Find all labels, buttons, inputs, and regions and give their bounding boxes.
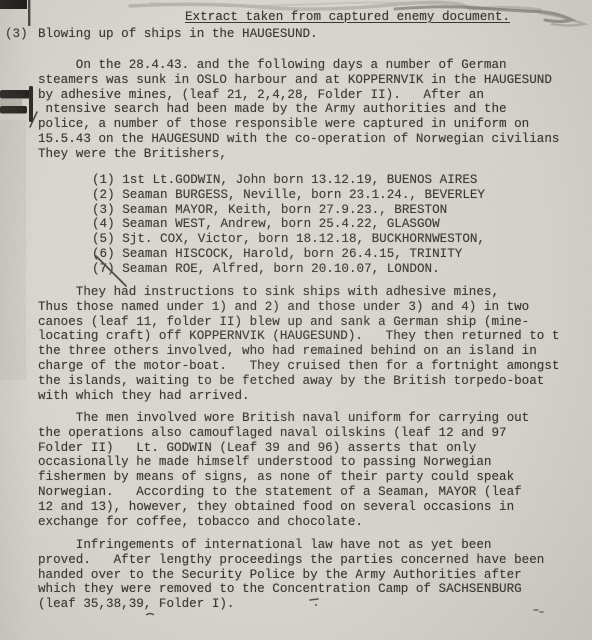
text-line: with which they had arrived.: [38, 389, 559, 404]
text-line: handed over to the Security Police by th…: [38, 568, 544, 583]
list-item: (5) Sjt. COX, Victor, born 18.12.18, BUC…: [92, 232, 485, 247]
text-line: proved. After lengthy proceedings the pa…: [38, 553, 544, 568]
list-item: (4) Seaman WEST, Andrew, born 25.4.22, G…: [92, 217, 485, 232]
paragraph-4: Infringements of international law have …: [38, 538, 544, 612]
pen-slash-mark: [30, 112, 37, 127]
text-line: (leaf 35,38,39, Folder I).: [38, 597, 544, 612]
text-line: The men involved wore British naval unif…: [38, 411, 529, 426]
binder-clip-mark: [0, 86, 33, 122]
text-line: the three others involved, who had remai…: [38, 344, 559, 359]
list-item: (3) Seaman MAYOR, Keith, born 27.9.23., …: [92, 203, 485, 218]
list-item: (7) Seaman ROE, Alfred, born 20.10.07, L…: [92, 262, 485, 277]
paragraph-1: On the 28.4.43. and the following days a…: [38, 58, 559, 162]
prisoner-name-list: (1) 1st Lt.GODWIN, John born 13.12.19, B…: [92, 173, 485, 277]
scanned-document-page: Extract taken from captured enemy docume…: [0, 0, 592, 640]
text-line: which they were removed to the Concentra…: [38, 582, 544, 597]
text-line: On the 28.4.43. and the following days a…: [38, 58, 559, 73]
text-line: occasionally he made himself understood …: [38, 455, 529, 470]
section-number: (3): [5, 27, 28, 42]
text-line: Norwegian. According to the statement of…: [38, 485, 529, 500]
torn-edge-smudge: [150, 3, 480, 7]
text-line: They had instructions to sink ships with…: [38, 285, 559, 300]
paragraph-2: They had instructions to sink ships with…: [38, 285, 559, 403]
text-line: the operations also camouflaged naval oi…: [38, 426, 529, 441]
text-line: 15.5.43 on the HAUGESUND with the co-ope…: [38, 132, 559, 147]
document-title: Extract taken from captured enemy docume…: [185, 10, 510, 25]
text-line: canoes (leaf 11, folder II) blew up and …: [38, 315, 559, 330]
text-line: exchange for coffee, tobacco and chocola…: [38, 515, 529, 530]
text-line: They were the Britishers,: [38, 147, 559, 162]
text-line: 12 and 13), however, they obtained food …: [38, 500, 529, 515]
text-line: locating craft) off KOPPERNVIK (HAUGESUN…: [38, 329, 559, 344]
text-line: police, a number of those responsible we…: [38, 117, 559, 132]
text-line: fishermen by means of signs, as none of …: [38, 470, 529, 485]
left-edge-speckle: [0, 120, 26, 380]
page-fold-line: [28, 0, 30, 26]
paragraph-3: The men involved wore British naval unif…: [38, 411, 529, 529]
text-line: charge of the motor-boat. They cruised t…: [38, 359, 559, 374]
text-line: Folder II) Lt. GODWIN (Leaf 39 and 96) a…: [38, 441, 529, 456]
text-line: Infringements of international law have …: [38, 538, 544, 553]
text-line: ntensive search had been made by the Arm…: [38, 102, 559, 117]
list-item: (1) 1st Lt.GODWIN, John born 13.12.19, B…: [92, 173, 485, 188]
torn-edge-smudge: [130, 2, 540, 10]
ink-smudge-tail: [540, 13, 584, 26]
text-line: by adhesive mines, (leaf 21, 2,4,28, Fol…: [38, 88, 559, 103]
text-line: the islands, waiting to be fetched away …: [38, 374, 559, 389]
list-item: (6) Seaman HISCOCK, Harold, born 26.4.15…: [92, 247, 485, 262]
stray-tilde-mark: [146, 614, 154, 616]
text-line: steamers was sunk in OSLO harbour and at…: [38, 73, 559, 88]
text-line: Thus those named under 1) and 2) and tho…: [38, 300, 559, 315]
black-corner-mark: [0, 0, 27, 9]
list-item: (2) Seaman BURGESS, Neville, born 23.1.2…: [92, 188, 485, 203]
section-heading: Blowing up of ships in the HAUGESUND.: [38, 27, 318, 42]
